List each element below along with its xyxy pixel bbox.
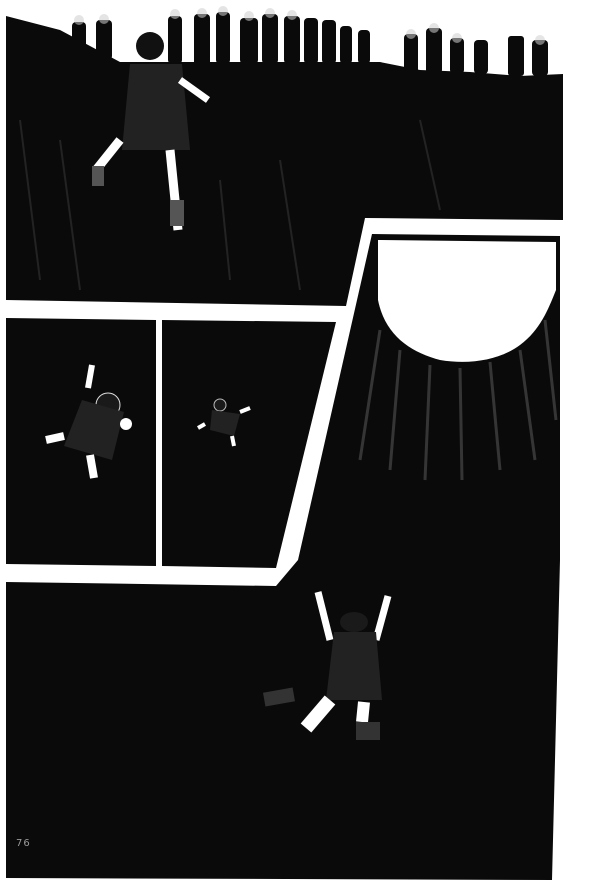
manga-page: 76 [0,0,592,885]
panel-5 [6,560,560,880]
page-number: 76 [16,838,31,849]
panel-2 [6,318,156,566]
